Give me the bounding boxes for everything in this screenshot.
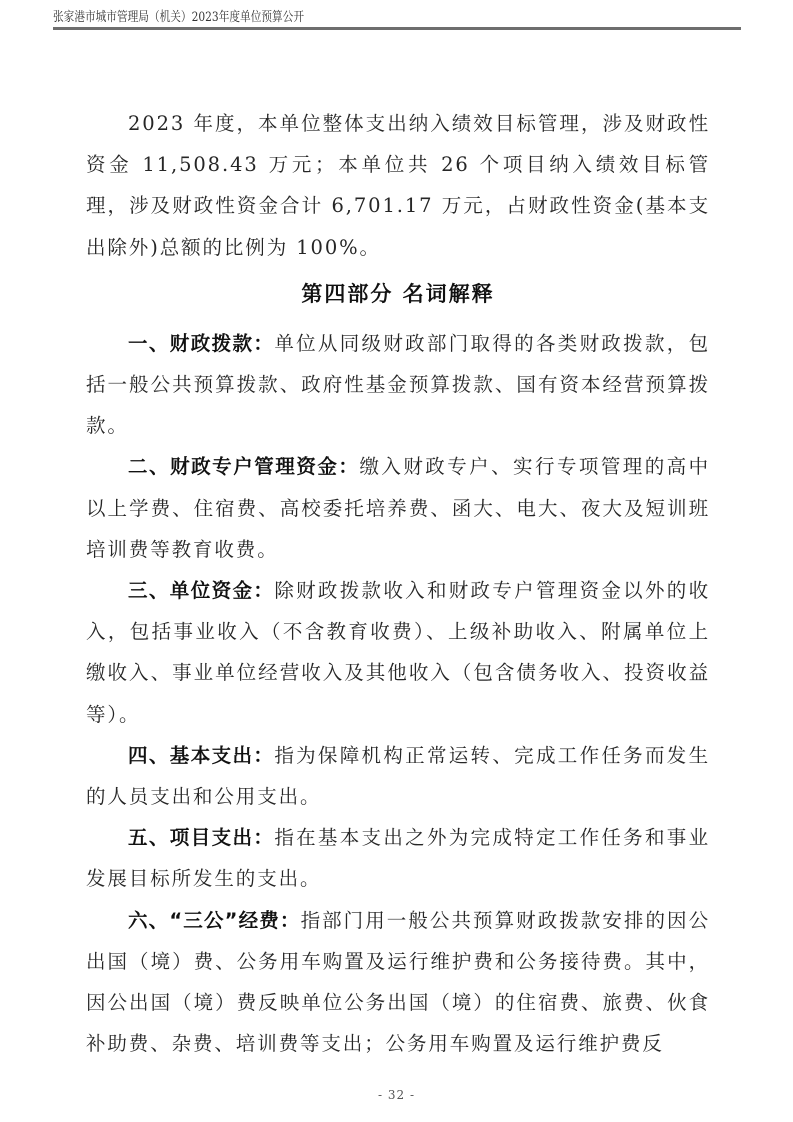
definition-term: 四、基本支出： (128, 744, 274, 767)
section-title: 第四部分 名词解释 (86, 271, 710, 317)
definition-term: 二、财政专户管理资金： (128, 455, 359, 478)
definition-term: 六、“三公”经费： (128, 909, 301, 932)
definition-term: 三、单位资金： (128, 579, 274, 602)
definition-item: 四、基本支出：指为保障机构正常运转、完成工作任务而发生的人员支出和公用支出。 (86, 735, 710, 817)
intro-paragraph: 2023 年度，本单位整体支出纳入绩效目标管理，涉及财政性资金 11,508.4… (86, 103, 710, 268)
page-body: 2023 年度，本单位整体支出纳入绩效目标管理，涉及财政性资金 11,508.4… (86, 103, 710, 1064)
definition-item: 二、财政专户管理资金：缴入财政专户、实行专项管理的高中以上学费、住宿费、高校委托… (86, 446, 710, 570)
definition-item: 五、项目支出：指在基本支出之外为完成特定工作任务和事业发展目标所发生的支出。 (86, 817, 710, 899)
definition-item: 六、“三公”经费：指部门用一般公共预算财政拨款安排的因公出国（境）费、公务用车购… (86, 900, 710, 1065)
page-number: - 32 - (0, 1088, 793, 1102)
header-divider (53, 27, 741, 30)
definition-term: 五、项目支出： (128, 826, 274, 849)
definition-item: 三、单位资金：除财政拨款收入和财政专户管理资金以外的收入，包括事业收入（不含教育… (86, 570, 710, 735)
definition-item: 一、财政拨款：单位从同级财政部门取得的各类财政拨款，包括一般公共预算拨款、政府性… (86, 323, 710, 447)
definition-term: 一、财政拨款： (128, 332, 274, 355)
